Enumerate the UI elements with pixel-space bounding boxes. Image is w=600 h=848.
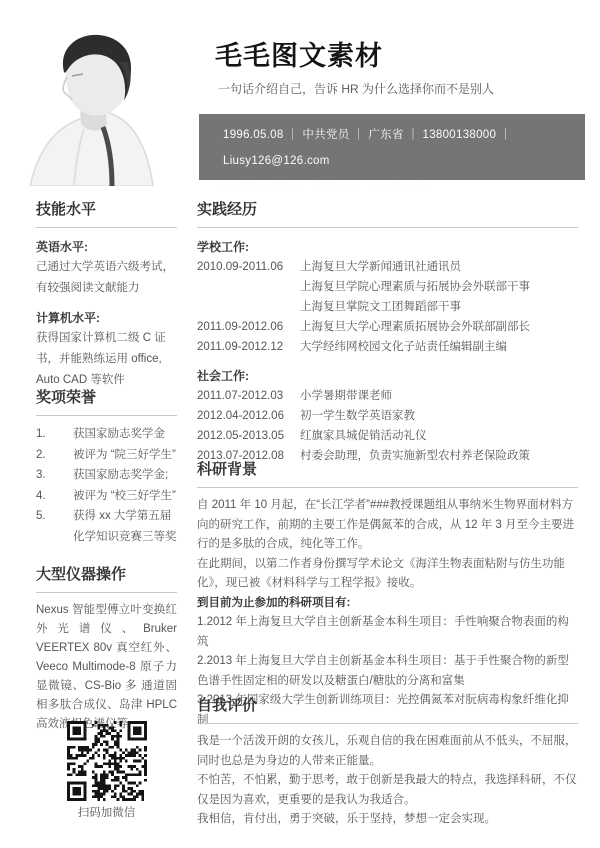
skill-item: 英语水平: 己通过大学英语六级考试，有较强阅读文献能力	[36, 237, 177, 299]
profile-photo	[0, 0, 170, 186]
section-title-awards: 奖项荣誉	[36, 386, 177, 416]
section-skills: 技能水平 英语水平: 己通过大学英语六级考试，有较强阅读文献能力 计算机水平: …	[36, 198, 177, 391]
skill-label: 英语水平:	[36, 237, 177, 257]
section-instruments: 大型仪器操作 Nexus 智能型傅立叶变换红外光谱仪、Bruker VEERTE…	[36, 563, 177, 734]
award-number: 1.	[36, 424, 73, 445]
skills-list: 英语水平: 己通过大学英语六级考试，有较强阅读文献能力 计算机水平: 获得国家计…	[36, 237, 177, 391]
skill-label: 计算机水平:	[36, 308, 177, 328]
section-evaluation: 自我评价 我是一个活泼开朗的女孩儿，乐观自信的我在困难面前从不低头，不屈服，同时…	[197, 694, 578, 830]
award-text: 获国家励志奖学金;	[73, 465, 177, 486]
experience-row: 上海复旦掌院文工团舞蹈部干事	[197, 297, 578, 317]
skill-text: 己通过大学英语六级考试，有较强阅读文献能力	[36, 257, 177, 299]
section-research: 科研背景 自 2011 年 10 月起，在“长江学者”###教授课题组从事纳米生…	[197, 458, 578, 730]
info-line-2: 上海复旦大学 ｜ 环境工程 ｜ 本科学历	[223, 174, 585, 200]
experience-date: 2011.07-2012.03	[197, 386, 300, 406]
section-practice: 实践经历 学校工作: 2010.09-2011.06 上海复旦大学新闻通讯社通讯…	[197, 198, 578, 466]
award-text: 获国家励志奖学金	[73, 424, 177, 445]
experience-desc: 上海复旦学院心理素质与拓展协会外联部干事	[300, 277, 578, 297]
instruments-text: Nexus 智能型傅立叶变换红外光谱仪、Bruker VEERTEX 80v 真…	[36, 601, 177, 734]
experience-desc: 上海复旦大学心理素质拓展协会外联部副部长	[300, 317, 578, 337]
section-title-practice: 实践经历	[197, 198, 578, 228]
tagline: 一句话介绍自己，告诉 HR 为什么选择你而不是别人	[218, 80, 494, 97]
experience-date: 2012.05-2013.05	[197, 426, 300, 446]
experience-date: 2012.04-2012.06	[197, 406, 300, 426]
experience-row: 上海复旦学院心理素质与拓展协会外联部干事	[197, 277, 578, 297]
research-paragraph-2: 在此期间，以第二作者身份撰写学术论文《海洋生物表面粘附与仿生功能化》，现已被《材…	[197, 555, 578, 594]
award-item: 1. 获国家励志奖学金	[36, 424, 177, 445]
experience-row: 2012.05-2013.05 红旗家具城促销活动礼仪	[197, 426, 578, 446]
award-number: 3.	[36, 465, 73, 486]
award-text: 获得 xx 大学第五届化学知识竞赛三等奖	[73, 506, 177, 547]
research-paragraph-1: 自 2011 年 10 月起，在“长江学者”###教授课题组从事纳米生物界面材料…	[197, 496, 578, 555]
section-title-skills: 技能水平	[36, 198, 177, 228]
experience-row: 2012.04-2012.06 初一学生数学英语家教	[197, 406, 578, 426]
experience-date: 2011.09-2012.06	[197, 317, 300, 337]
experience-desc: 上海复旦大学新闻通讯社通讯员	[300, 257, 578, 277]
section-title-research: 科研背景	[197, 458, 578, 488]
award-item: 3. 获国家励志奖学金;	[36, 465, 177, 486]
experience-date: 2010.09-2011.06	[197, 257, 300, 277]
qr-code	[67, 721, 147, 801]
research-projects-label: 到目前为止参加的科研项目有:	[197, 594, 578, 614]
experience-desc: 初一学生数学英语家教	[300, 406, 578, 426]
experience-date	[197, 277, 300, 297]
section-awards: 奖项荣誉 1. 获国家励志奖学金 2. 被评为 “院三好学生” 3. 获国家励志…	[36, 386, 177, 547]
experience-row: 2010.09-2011.06 上海复旦大学新闻通讯社通讯员	[197, 257, 578, 277]
profile-photo-illustration	[0, 0, 170, 186]
resume-page: 毛毛图文素材 一句话介绍自己，告诉 HR 为什么选择你而不是别人 1996.05…	[0, 0, 600, 848]
experience-desc: 小学暑期带课老师	[300, 386, 578, 406]
award-text: 被评为 “院三好学生”	[73, 445, 177, 466]
section-title-instruments: 大型仪器操作	[36, 563, 177, 593]
info-line-1: 1996.05.08 ｜ 中共党员 ｜ 广东省 ｜ 13800138000 ｜ …	[223, 122, 585, 174]
award-item: 5. 获得 xx 大学第五届化学知识竞赛三等奖	[36, 506, 177, 547]
experience-desc: 上海复旦掌院文工团舞蹈部干事	[300, 297, 578, 317]
award-number: 5.	[36, 506, 73, 547]
section-title-evaluation: 自我评价	[197, 694, 578, 724]
evaluation-paragraphs: 我是一个活泼开朗的女孩儿，乐观自信的我在困难面前从不低头，不屈服，同时也总是为身…	[197, 732, 578, 830]
research-project-item: 2.2013 年上海复旦大学自主创新基金本科生项目：基于手性聚合物的新型色谱手性…	[197, 652, 578, 691]
skill-item: 计算机水平: 获得国家计算机二级 C 证书，并能熟练运用 office, Aut…	[36, 308, 177, 391]
experience-row: 2011.09-2012.12 大学经纬网校园文化子站责任编辑副主编	[197, 337, 578, 357]
award-item: 2. 被评为 “院三好学生”	[36, 445, 177, 466]
award-number: 2.	[36, 445, 73, 466]
research-project-item: 1.2012 年上海复旦大学自主创新基金本科生项目：手性响聚合物表面的构筑	[197, 613, 578, 652]
candidate-name: 毛毛图文素材	[215, 34, 383, 73]
evaluation-paragraph: 我是一个活泼开朗的女孩儿，乐观自信的我在困难面前从不低头，不屈服，同时也总是为身…	[197, 732, 578, 771]
experience-desc: 大学经纬网校园文化子站责任编辑副主编	[300, 337, 578, 357]
social-work-label: 社会工作:	[197, 366, 578, 386]
award-item: 4. 被评为 “校三好学生”	[36, 486, 177, 507]
personal-info-bar: 1996.05.08 ｜ 中共党员 ｜ 广东省 ｜ 13800138000 ｜ …	[199, 114, 585, 180]
skill-text: 获得国家计算机二级 C 证书，并能熟练运用 office, Auto CAD 等…	[36, 328, 177, 391]
evaluation-paragraph: 我相信，肯付出，勇于突破，乐于坚持，梦想一定会实现。	[197, 810, 578, 830]
school-work-label: 学校工作:	[197, 237, 578, 257]
experience-date	[197, 297, 300, 317]
social-work-list: 2011.07-2012.03 小学暑期带课老师 2012.04-2012.06…	[197, 386, 578, 466]
award-text: 被评为 “校三好学生”	[73, 486, 177, 507]
experience-desc: 红旗家具城促销活动礼仪	[300, 426, 578, 446]
award-number: 4.	[36, 486, 73, 507]
experience-date: 2011.09-2012.12	[197, 337, 300, 357]
experience-row: 2011.09-2012.06 上海复旦大学心理素质拓展协会外联部副部长	[197, 317, 578, 337]
experience-row: 2011.07-2012.03 小学暑期带课老师	[197, 386, 578, 406]
qr-caption: 扫码加微信	[36, 804, 177, 820]
school-work-list: 2010.09-2011.06 上海复旦大学新闻通讯社通讯员 上海复旦学院心理素…	[197, 257, 578, 357]
wechat-qr-block: 扫码加微信	[36, 721, 177, 820]
evaluation-paragraph: 不怕苦，不怕累，勤于思考，敢于创新是我最大的特点，我选择科研，不仅仅是因为喜欢，…	[197, 771, 578, 810]
awards-list: 1. 获国家励志奖学金 2. 被评为 “院三好学生” 3. 获国家励志奖学金; …	[36, 424, 177, 547]
